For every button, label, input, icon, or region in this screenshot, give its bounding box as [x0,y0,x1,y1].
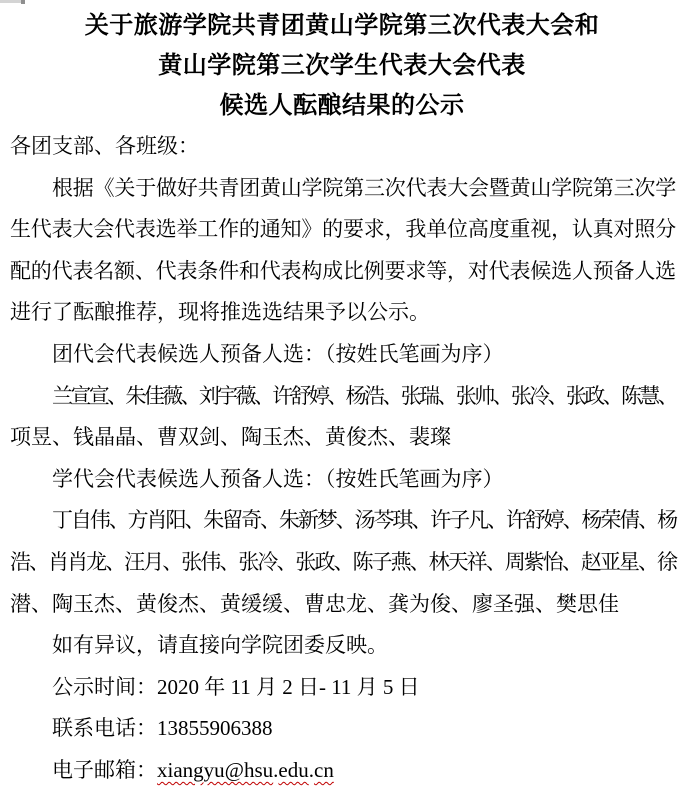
email-misspelled-segment: cn [314,758,334,782]
contact-phone-line: 联系电话：13855906388 [10,708,676,750]
title-line-1: 关于旅游学院共青团黄山学院第三次代表大会和 [0,6,684,46]
title-line-3: 候选人酝酿结果的公示 [0,86,684,126]
league-congress-list-heading-line: 团代会代表候选人预备人选：（按姓氏笔画为序） [10,334,676,376]
intro-paragraph-line: 生代表大会代表选举工作的通知》的要求，我单位高度重视，认真对照分 [10,209,676,251]
student-congress-list-heading-line: 学代会代表候选人预备人选：（按姓氏笔画为序） [10,459,676,501]
text-line: 配的代表名额、代表条件和代表构成比例要求等，对代表候选人预备人选 [10,251,676,293]
objection-notice-line: 如有异议，请直接向学院团委反映。 [10,625,676,667]
student-congress-candidate-names-line: 丁自伟、方肖阳、朱留奇、朱新梦、汤芩琪、许子凡、许舒婷、杨荣倩、杨 [10,500,676,542]
text-line: 如有异议，请直接向学院团委反映。 [52,625,388,667]
document-title: 关于旅游学院共青团黄山学院第三次代表大会和 黄山学院第三次学生代表大会代表 候选… [0,0,684,126]
email-misspelled-segment: edu [278,758,308,782]
contact-email-text: 电子邮箱：xiangyu@hsu.edu.cn [52,750,334,792]
text-line: 学代会代表候选人预备人选：（按姓氏笔画为序） [52,459,504,501]
text-line: 联系电话：13855906388 [52,708,273,750]
title-line-2: 黄山学院第三次学生代表大会代表 [0,46,684,86]
email-address: xiangyu@hsu.edu.cn [157,758,334,782]
intro-paragraph-line: 根据《关于做好共青团黄山学院第三次代表大会暨黄山学院第三次学 [10,168,676,210]
publicity-period-line: 公示时间：2020 年 11 月 2 日- 11 月 5 日 [10,667,676,709]
text-line: 浩、肖肖龙、汪月、张伟、张冷、张政、陈子燕、林天祥、周紫怡、赵亚星、徐 [10,542,676,584]
text-line: 团代会代表候选人预备人选：（按姓氏笔画为序） [52,334,504,376]
screen-edge-artifact [21,0,25,4]
document-page[interactable]: 关于旅游学院共青团黄山学院第三次代表大会和 黄山学院第三次学生代表大会代表 候选… [0,0,684,793]
text-line: 各团支部、各班级： [10,126,199,168]
intro-paragraph-line: 配的代表名额、代表条件和代表构成比例要求等，对代表候选人预备人选 [10,251,676,293]
text-line: 进行了酝酿推荐，现将推选选结果予以公示。 [10,292,430,334]
email-misspelled-segment: xiangyu@hsu [157,758,273,782]
text-line: 丁自伟、方肖阳、朱留奇、朱新梦、汤芩琪、许子凡、许舒婷、杨荣倩、杨 [52,500,676,542]
league-congress-candidate-names-line: 兰宣宣、朱佳薇、刘宇薇、许舒婷、杨浩、张瑞、张帅、张冷、张政、陈慧、 [10,376,676,418]
text-line: 根据《关于做好共青团黄山学院第三次代表大会暨黄山学院第三次学 [52,168,676,210]
email-label: 电子邮箱： [52,758,157,782]
league-congress-candidate-names-line: 项昱、钱晶晶、曹双剑、陶玉杰、黄俊杰、裴璨 [10,417,676,459]
student-congress-candidate-names-line: 浩、肖肖龙、汪月、张伟、张冷、张政、陈子燕、林天祥、周紫怡、赵亚星、徐 [10,542,676,584]
text-line: 项昱、钱晶晶、曹双剑、陶玉杰、黄俊杰、裴璨 [10,417,451,459]
salutation-line: 各团支部、各班级： [10,126,676,168]
text-line: 公示时间：2020 年 11 月 2 日- 11 月 5 日 [52,667,420,709]
contact-email-line: 电子邮箱：xiangyu@hsu.edu.cn [10,750,676,792]
intro-paragraph-line: 进行了酝酿推荐，现将推选选结果予以公示。 [10,292,676,334]
screen-edge-artifact [0,0,21,3]
text-line: 潜、陶玉杰、黄俊杰、黄缓缓、曹忠龙、龚为俊、廖圣强、樊思佳 [10,584,619,626]
text-line: 生代表大会代表选举工作的通知》的要求，我单位高度重视，认真对照分 [10,209,676,251]
document-body: 各团支部、各班级：根据《关于做好共青团黄山学院第三次代表大会暨黄山学院第三次学生… [0,126,684,792]
text-line: 兰宣宣、朱佳薇、刘宇薇、许舒婷、杨浩、张瑞、张帅、张冷、张政、陈慧、 [52,376,676,418]
student-congress-candidate-names-line: 潜、陶玉杰、黄俊杰、黄缓缓、曹忠龙、龚为俊、廖圣强、樊思佳 [10,584,676,626]
